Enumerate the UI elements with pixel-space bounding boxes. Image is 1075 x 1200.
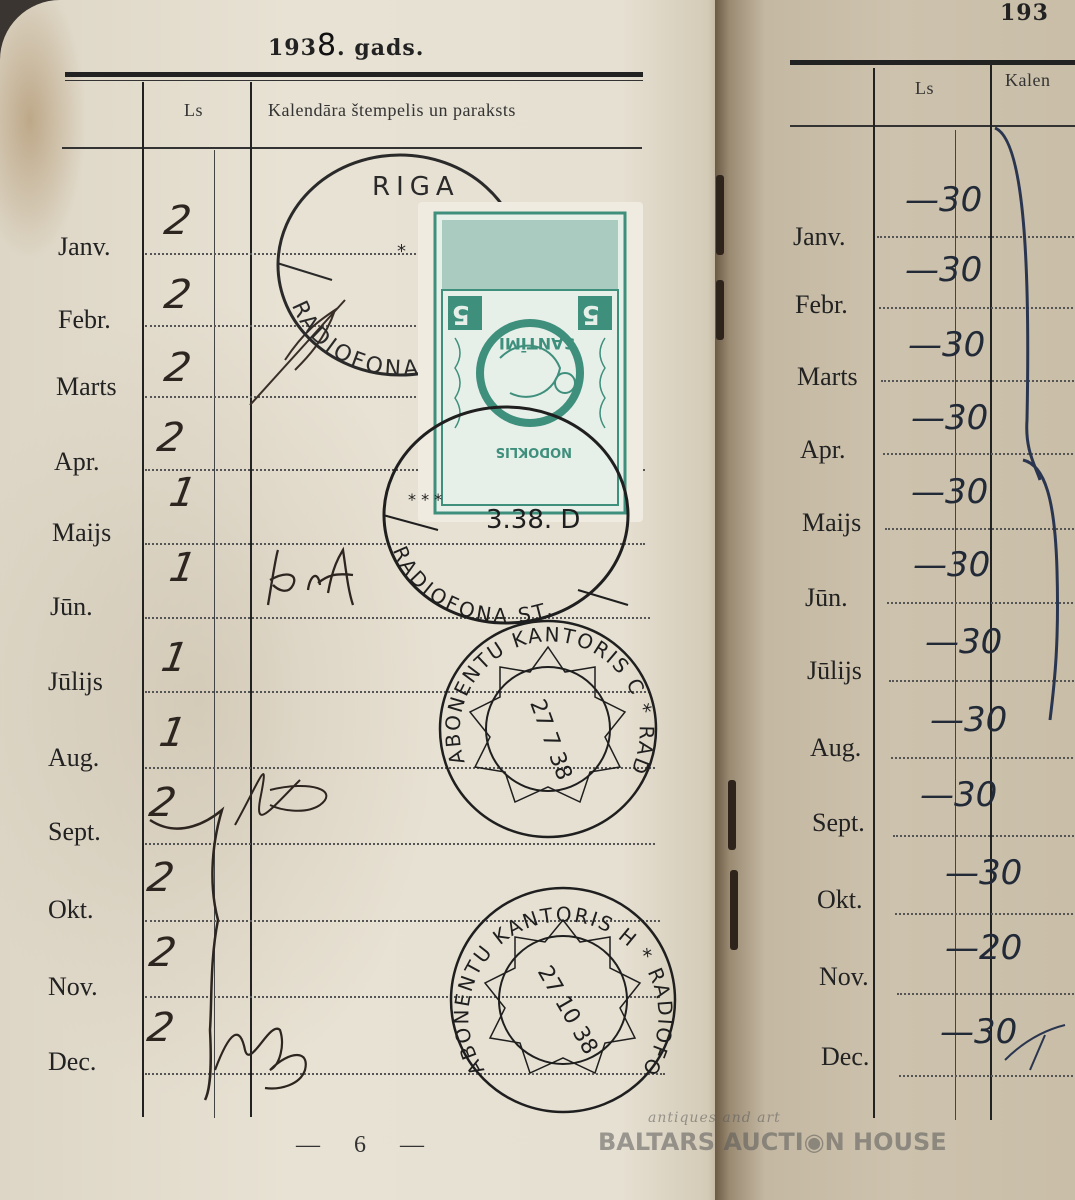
handwritten-amount: —30 xyxy=(908,325,985,365)
header-rule-top xyxy=(790,60,1075,65)
handwritten-amount: 1 xyxy=(166,545,200,591)
handwritten-amount: 2 xyxy=(161,272,195,318)
svg-text:RADIOFONA: RADIOFONA xyxy=(286,297,422,382)
month-label: Okt. xyxy=(48,895,94,925)
month-label: Febr. xyxy=(58,305,111,335)
year-heading-left: 1938. gads. xyxy=(268,28,424,63)
month-label: Dec. xyxy=(821,1042,869,1072)
svg-text:*: * xyxy=(397,241,406,262)
binding-staple xyxy=(716,280,724,340)
binding-staple xyxy=(728,780,736,850)
handwritten-amount: 2 xyxy=(154,415,188,461)
handwritten-amount: 2 xyxy=(161,345,195,391)
right-page: 193 Ls Kalen Janv. Febr. Marts Apr. Maij… xyxy=(715,0,1075,1200)
watermark-tagline: antiques and art xyxy=(648,1110,781,1126)
svg-text:RIGA: RIGA xyxy=(372,172,460,202)
svg-text:5: 5 xyxy=(582,299,600,329)
month-label: Sept. xyxy=(812,808,865,838)
month-label: Apr. xyxy=(800,435,846,465)
col-divider-1 xyxy=(873,68,875,1118)
svg-text:3.38. D: 3.38. D xyxy=(486,505,580,535)
month-label: Aug. xyxy=(48,743,99,773)
stamp-column-header: Kalen xyxy=(1005,70,1050,91)
year-heading-right: 193 xyxy=(1000,0,1049,26)
amount-column-header: Ls xyxy=(184,100,203,121)
year-handwritten-digit: 8 xyxy=(317,28,337,63)
month-label: Nov. xyxy=(819,962,869,992)
stamp-column-header: Kalendāra štempelis un paraksts xyxy=(268,100,516,121)
handwritten-amount: 1 xyxy=(156,710,190,756)
month-label: Janv. xyxy=(793,222,845,252)
svg-text:27 7 38: 27 7 38 xyxy=(524,696,576,783)
handwritten-amount: —30 xyxy=(911,472,988,512)
month-label: Okt. xyxy=(817,885,863,915)
handwritten-initials-june xyxy=(258,545,368,615)
page-number: — 6 — xyxy=(296,1132,438,1159)
amount-column-header: Ls xyxy=(915,78,934,99)
handwritten-amount: 1 xyxy=(158,635,192,681)
month-label: Aug. xyxy=(810,733,861,763)
handwritten-amount: —30 xyxy=(913,545,990,585)
year-prefix: 193 xyxy=(268,35,317,61)
month-label: Marts xyxy=(797,362,858,392)
riga-radiofona-postmark-2: 3.38. D * * * RADIOFONA ST. xyxy=(378,400,638,630)
month-label: Janv. xyxy=(58,232,110,262)
svg-text:27 10 38: 27 10 38 xyxy=(532,962,603,1059)
abonentu-kantoris-c-postmark: 27 7 38 ABONENTU KANTORIS C * RADIOFONA xyxy=(435,612,665,847)
left-page: 1938. gads. Ls Kalendāra štempelis un pa… xyxy=(0,0,730,1200)
month-label: Jūn. xyxy=(805,583,848,613)
header-rule-top xyxy=(65,72,643,77)
blue-ink-brackets xyxy=(985,120,1075,1080)
svg-text:5: 5 xyxy=(452,299,470,329)
month-label: Sept. xyxy=(48,817,101,847)
binding-staple-top xyxy=(716,175,724,255)
month-label: Maijs xyxy=(802,508,861,538)
month-label: Marts xyxy=(56,372,117,402)
month-label: Apr. xyxy=(54,447,100,477)
year-suffix: . gads. xyxy=(337,35,424,61)
handwritten-amount: —30 xyxy=(905,180,982,220)
month-label: Dec. xyxy=(48,1047,96,1077)
month-label: Jūn. xyxy=(50,592,93,622)
abonentu-kantoris-h-postmark: 27 10 38 ABONENTU KANTORIS H * RADIOFONA xyxy=(445,880,685,1125)
binding-staple-bottom xyxy=(730,870,738,950)
handwritten-amount: —30 xyxy=(911,398,988,438)
month-label: Jūlijs xyxy=(48,667,103,697)
header-rule-top-thin xyxy=(65,80,643,81)
handwritten-amount: —30 xyxy=(905,250,982,290)
auction-house-watermark: antiques and art BALTARS AUCTI◉N HOUSE xyxy=(598,1110,998,1170)
month-label: Maijs xyxy=(52,518,111,548)
svg-text:* * *: * * * xyxy=(408,490,442,509)
handwritten-amount: 2 xyxy=(161,198,195,244)
month-label: Nov. xyxy=(48,972,98,1002)
month-label: Febr. xyxy=(795,290,848,320)
month-label: Jūlijs xyxy=(807,656,862,686)
handwritten-bracket-signatures xyxy=(140,770,360,1110)
watermark-brand: BALTARS AUCTI◉N HOUSE xyxy=(598,1128,947,1156)
handwritten-amount: 1 xyxy=(166,470,200,516)
